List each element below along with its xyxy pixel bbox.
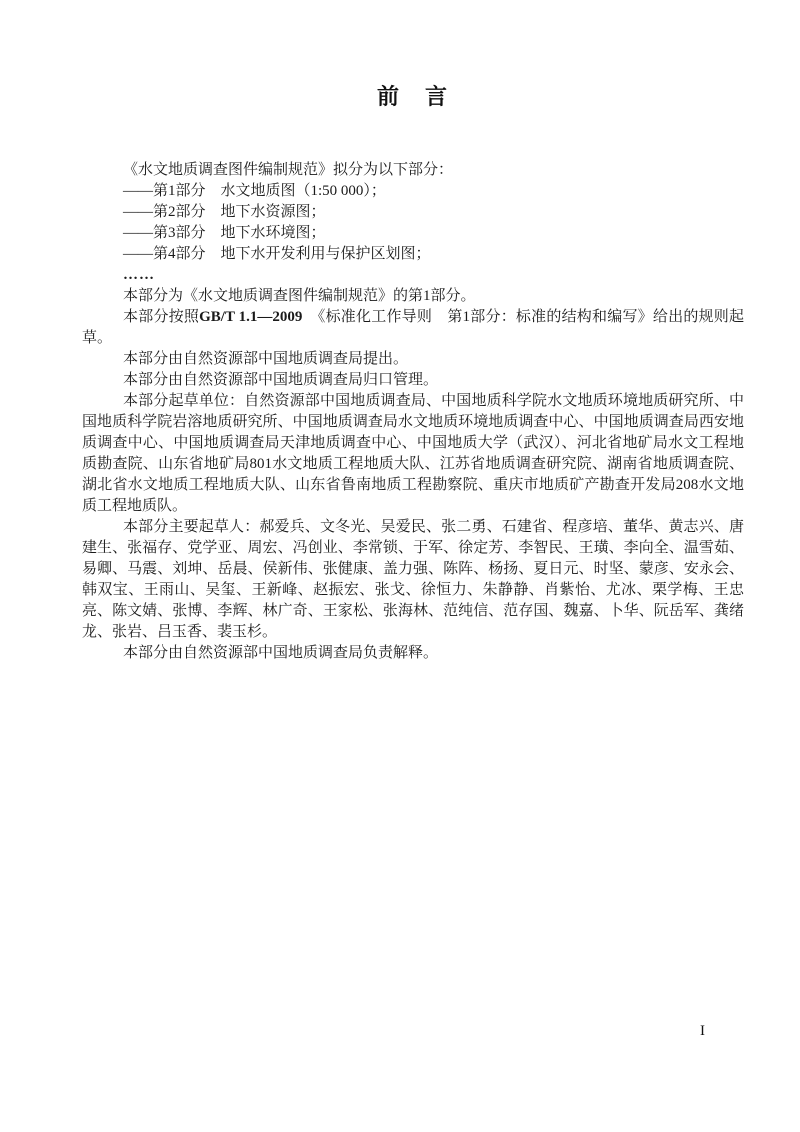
paragraph-interpretation: 本部分由自然资源部中国地质调查局负责解释。 bbox=[82, 643, 744, 664]
paragraph-drafting-units: 本部分起草单位：自然资源部中国地质调查局、中国地质科学院水文地质环境地质研究所、… bbox=[82, 391, 744, 517]
paragraph-main-drafters: 本部分主要起草人：郝爱兵、文冬光、吴爱民、张二勇、石建省、程彦培、董华、黄志兴、… bbox=[82, 517, 744, 643]
part-list-item-1: ——第1部分 水文地质图（1:50 000）； bbox=[82, 181, 744, 202]
paragraph-managed-by: 本部分由自然资源部中国地质调查局归口管理。 bbox=[82, 370, 744, 391]
part-list-item-4: ——第4部分 地下水开发利用与保护区划图； bbox=[82, 244, 744, 265]
part-list-item-3: ——第3部分 地下水环境图； bbox=[82, 223, 744, 244]
page-title: 前 言 bbox=[82, 80, 744, 111]
foreword-body: 《水文地质调查图件编制规范》拟分为以下部分： ——第1部分 水文地质图（1:50… bbox=[82, 160, 744, 664]
part-list-item-2: ——第2部分 地下水资源图； bbox=[82, 202, 744, 223]
standard-number: GB/T 1.1—2009 bbox=[199, 309, 302, 325]
ellipsis-line: …… bbox=[82, 265, 744, 286]
paragraph-proposed-by: 本部分由自然资源部中国地质调查局提出。 bbox=[82, 349, 744, 370]
document-page: 前 言 《水文地质调查图件编制规范》拟分为以下部分： ——第1部分 水文地质图（… bbox=[0, 0, 800, 1132]
paragraph-intro: 《水文地质调查图件编制规范》拟分为以下部分： bbox=[82, 160, 744, 181]
page-number: I bbox=[700, 1023, 705, 1040]
paragraph-scope: 本部分为《水文地质调查图件编制规范》的第1部分。 bbox=[82, 286, 744, 307]
drafting-rule-prefix: 本部分按照 bbox=[123, 309, 199, 325]
paragraph-drafting-rule: 本部分按照GB/T 1.1—2009 《标准化工作导则 第1部分：标准的结构和编… bbox=[82, 307, 744, 349]
